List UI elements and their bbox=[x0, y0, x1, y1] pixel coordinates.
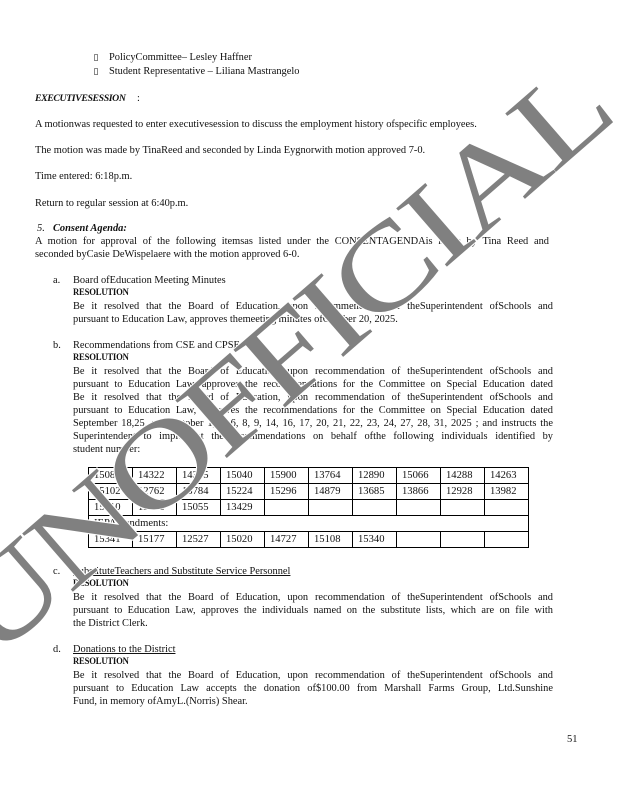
table-row: 1508114322143551504015900137641289015066… bbox=[89, 468, 529, 484]
student-number-cell: 15102 bbox=[89, 484, 133, 500]
student-number-cell: 14727 bbox=[265, 532, 309, 548]
executive-session-heading: EXECUTIVESESSION bbox=[35, 92, 126, 105]
document-page: ▯ PolicyCommittee– Lesley Haffner ▯ Stud… bbox=[0, 0, 618, 800]
student-number-cell bbox=[265, 500, 309, 516]
student-number-table: 1508114322143551504015900137641289015066… bbox=[88, 467, 529, 548]
student-number-cell: 15177 bbox=[133, 532, 177, 548]
student-number-cell: 15066 bbox=[397, 468, 441, 484]
resolution-label: RESOLUTION bbox=[73, 287, 129, 300]
student-number-cell bbox=[441, 500, 485, 516]
executive-session-colon: : bbox=[137, 92, 140, 105]
student-number-cell: 13866 bbox=[397, 484, 441, 500]
student-number-cell: 14322 bbox=[133, 468, 177, 484]
motion-made: The motion was made by TinaReed and seco… bbox=[35, 144, 425, 157]
item-title-minutes: Board ofEducation Meeting Minutes bbox=[73, 274, 226, 287]
bullet-icon: ▯ bbox=[91, 65, 101, 78]
student-number-cell: 13982 bbox=[485, 484, 529, 500]
return-to-session: Return to regular session at 6:40p.m. bbox=[35, 197, 188, 210]
student-number-cell: 15224 bbox=[221, 484, 265, 500]
motion-request: A motionwas requested to enter executive… bbox=[35, 118, 477, 131]
item-letter: a. bbox=[53, 274, 60, 287]
section-number: 5. bbox=[37, 222, 45, 235]
bullet-icon: ▯ bbox=[91, 51, 101, 64]
student-number-cell bbox=[485, 500, 529, 516]
item-title-donations: Donations to the District bbox=[73, 643, 175, 656]
consent-agenda-heading: Consent Agenda: bbox=[53, 222, 127, 235]
student-number-cell: 13685 bbox=[353, 484, 397, 500]
committee-item: PolicyCommittee– Lesley Haffner bbox=[109, 51, 252, 64]
resolution-text: Be it resolved that the Board of Educati… bbox=[73, 365, 553, 456]
student-number-cell: 14879 bbox=[309, 484, 353, 500]
student-number-cell: 14288 bbox=[441, 468, 485, 484]
student-number-cell bbox=[353, 500, 397, 516]
table-row: 15310131781505513429 bbox=[89, 500, 529, 516]
table-row: 15341151771252715020147271510815340 bbox=[89, 532, 529, 548]
student-number-cell: 15040 bbox=[221, 468, 265, 484]
student-number-cell: 15081 bbox=[89, 468, 133, 484]
page-number: 51 bbox=[567, 734, 578, 745]
student-number-cell: 14355 bbox=[177, 468, 221, 484]
student-number-cell bbox=[485, 532, 529, 548]
resolution-label: RESOLUTION bbox=[73, 578, 129, 591]
resolution-text: Be it resolved that the Board of Educati… bbox=[73, 591, 553, 630]
item-title-cse: Recommendations from CSE and CPSE bbox=[73, 339, 240, 352]
committee-item: Student Representative – Liliana Mastran… bbox=[109, 65, 299, 78]
resolution-text: Be it resolved that the Board of Educati… bbox=[73, 669, 553, 708]
student-number-cell: 12762 bbox=[133, 484, 177, 500]
item-letter: c. bbox=[53, 565, 60, 578]
student-number-cell: 15341 bbox=[89, 532, 133, 548]
student-number-cell: 13764 bbox=[309, 468, 353, 484]
student-number-cell: 15055 bbox=[177, 500, 221, 516]
table-row: 1510212762137841522415296148791368513866… bbox=[89, 484, 529, 500]
student-number-cell: 13784 bbox=[177, 484, 221, 500]
item-letter: d. bbox=[53, 643, 61, 656]
resolution-label: RESOLUTION bbox=[73, 656, 129, 669]
student-number-cell: 15340 bbox=[353, 532, 397, 548]
resolution-label: RESOLUTION bbox=[73, 352, 129, 365]
student-number-cell bbox=[309, 500, 353, 516]
student-number-cell bbox=[441, 532, 485, 548]
iep-amendments-label: IEPAmendments: bbox=[89, 516, 529, 532]
student-number-cell bbox=[397, 500, 441, 516]
student-number-cell: 15020 bbox=[221, 532, 265, 548]
resolution-text: Be it resolved that the Board of Educati… bbox=[73, 300, 553, 326]
student-number-cell: 13429 bbox=[221, 500, 265, 516]
student-number-cell bbox=[397, 532, 441, 548]
student-number-cell: 15310 bbox=[89, 500, 133, 516]
iep-amendments-row: IEPAmendments: bbox=[89, 516, 529, 532]
student-number-cell: 15900 bbox=[265, 468, 309, 484]
item-title-substitutes: SubstituteTeachers and Substitute Servic… bbox=[73, 565, 290, 578]
consent-agenda-motion: A motion for approval of the following i… bbox=[35, 235, 549, 261]
student-number-cell: 14263 bbox=[485, 468, 529, 484]
time-entered: Time entered: 6:18p.m. bbox=[35, 170, 132, 183]
student-number-cell: 12890 bbox=[353, 468, 397, 484]
student-number-cell: 15108 bbox=[309, 532, 353, 548]
student-number-cell: 12928 bbox=[441, 484, 485, 500]
student-number-cell: 12527 bbox=[177, 532, 221, 548]
student-number-cell: 13178 bbox=[133, 500, 177, 516]
student-number-cell: 15296 bbox=[265, 484, 309, 500]
item-letter: b. bbox=[53, 339, 61, 352]
